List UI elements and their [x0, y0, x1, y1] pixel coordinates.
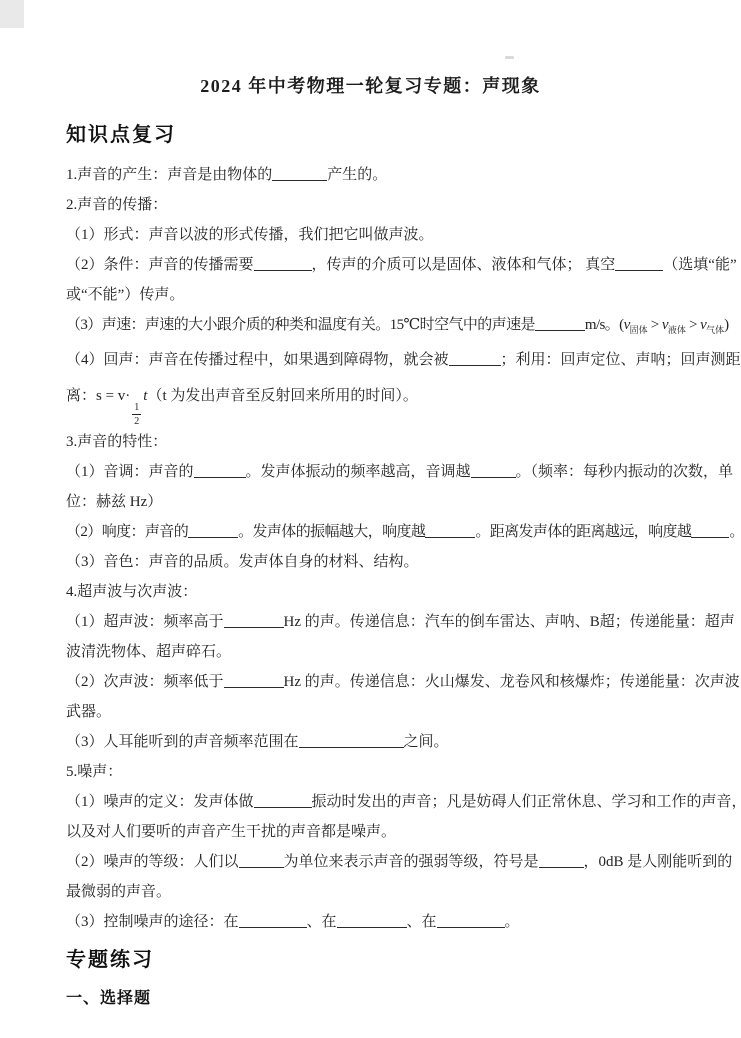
text-run: 之间。 — [404, 734, 449, 750]
text-run: Hz 的声。传递信息：火山爆发、龙卷风和核爆炸；传递能量：次声波 — [284, 674, 740, 690]
math-subscript: 固体 — [630, 325, 648, 335]
doc-line: （4）回声：声音在传播过程中，如果遇到障碍物，就会被；利用：回声定位、声呐；回声… — [66, 345, 727, 375]
doc-line: 2.声音的传播： — [66, 190, 727, 220]
text-run: 。发声体的振幅越大，响度越 — [238, 524, 425, 540]
doc-line: （1）形式：声音以波的形式传播，我们把它叫做声波。 — [66, 220, 727, 250]
text-run: （2）响度：声音的 — [66, 524, 188, 540]
fill-in-blank — [254, 257, 312, 271]
doc-line: 1.声音的产生：声音是由物体的产生的。 — [66, 160, 727, 190]
text-run: 2.声音的传播： — [66, 197, 167, 213]
text-run: 1.声音的产生：声音是由物体的 — [66, 167, 272, 183]
text-run: （3）控制噪声的途径：在 — [66, 914, 239, 930]
text-run: 。距离发声体的距离越远，响度越 — [475, 524, 691, 540]
text-run: ，传声的介质可以是固体、液体和气体； 真空 — [312, 257, 616, 273]
doc-line: 以及对人们要听的声音产生干扰的声音都是噪声。 — [66, 817, 727, 847]
math-subscript: 气体 — [706, 325, 724, 335]
text-run: > — [686, 317, 700, 333]
doc-line: （2）响度：声音的。发声体的振幅越大，响度越。距离发声体的距离越远，响度越。 — [66, 517, 727, 547]
doc-line: 最微弱的声音。 — [66, 877, 727, 907]
text-run: 。 — [729, 524, 741, 540]
math-subscript: 液体 — [668, 325, 686, 335]
scan-edge-corner — [0, 0, 24, 28]
fill-in-blank — [254, 794, 312, 808]
fill-in-blank — [299, 734, 404, 748]
text-run: Hz 的声。传递信息：汽车的倒车雷达、声呐、B超；传递能量：超声 — [284, 614, 735, 630]
doc-line: （1）噪声的定义：发声体做振动时发出的声音；凡是妨碍人们正常休息、学习和工作的声… — [66, 787, 727, 817]
text-run: 或“不能”）传声。 — [66, 287, 184, 303]
text-run: 3.声音的特性： — [66, 434, 167, 450]
doc-line: 3.声音的特性： — [66, 427, 727, 457]
fraction-denominator: 2 — [134, 415, 139, 427]
doc-line: （3）人耳能听到的声音频率范围在之间。 — [66, 727, 727, 757]
text-run: ；利用：回声定位、声呐；回声测距 — [501, 352, 741, 368]
text-run: 武器。 — [66, 704, 111, 720]
fill-in-blank — [691, 524, 729, 538]
page-title: 2024 年中考物理一轮复习专题：声现象 — [0, 72, 741, 98]
fill-in-blank — [437, 914, 505, 928]
fill-in-blank — [425, 524, 475, 538]
scan-artifact-dot — [505, 56, 514, 59]
text-run: （4）回声：声音在传播过程中，如果遇到障碍物，就会被 — [66, 352, 449, 368]
doc-line: （3）音色：声音的品质。发声体自身的材料、结构。 — [66, 547, 727, 577]
fill-in-blank — [272, 167, 327, 181]
text-run: （3）人耳能听到的声音频率范围在 — [66, 734, 299, 750]
choice-questions-heading: 一、选择题 — [66, 985, 741, 1008]
text-run: （选填“能” — [663, 257, 736, 273]
document-page: 2024 年中考物理一轮复习专题：声现象 知识点复习 1.声音的产生：声音是由物… — [0, 0, 741, 1038]
text-run: 位：赫兹 Hz） — [66, 494, 162, 510]
fill-in-blank — [239, 854, 284, 868]
document-lines: 1.声音的产生：声音是由物体的产生的。2.声音的传播：（1）形式：声音以波的形式… — [66, 160, 727, 937]
text-run: 5.噪声： — [66, 764, 122, 780]
text-run: （3）音色：声音的品质。发声体自身的材料、结构。 — [66, 554, 419, 570]
text-run: 波清洗物体、超声碎石。 — [66, 644, 231, 660]
doc-line: （3）控制噪声的途径：在、在、在。 — [66, 907, 727, 937]
doc-line: （2）噪声的等级：人们以为单位来表示声音的强弱等级，符号是，0dB 是人刚能听到… — [66, 847, 727, 877]
fraction-one-half: 12 — [132, 402, 141, 427]
text-run: （1）噪声的定义：发声体做 — [66, 794, 254, 810]
text-run: 以及对人们要听的声音产生干扰的声音都是噪声。 — [66, 824, 396, 840]
fill-in-blank — [194, 464, 246, 478]
text-run: 。（频率：每秒内振动的次数，单 — [516, 464, 734, 480]
text-run: （2）次声波：频率低于 — [66, 674, 224, 690]
doc-line: 4.超声波与次声波： — [66, 577, 727, 607]
text-run: （2）条件：声音的传播需要 — [66, 257, 254, 273]
text-run: 最微弱的声音。 — [66, 884, 171, 900]
doc-line: （2）条件：声音的传播需要，传声的介质可以是固体、液体和气体； 真空（选填“能” — [66, 250, 727, 280]
doc-line: 武器。 — [66, 697, 727, 727]
doc-line: 位：赫兹 Hz） — [66, 487, 727, 517]
doc-line: 5.噪声： — [66, 757, 727, 787]
text-run: 离：s = v· — [66, 388, 130, 404]
fill-in-blank — [449, 352, 501, 366]
doc-line: 波清洗物体、超声碎石。 — [66, 637, 727, 667]
text-run: 。发声体振动的频率越高，音调越 — [246, 464, 471, 480]
text-run: （3）声速：声速的大小跟介质的种类和温度有关。15℃时空气中的声速是 — [66, 317, 535, 333]
practice-heading: 专题练习 — [66, 943, 741, 972]
text-run: 为单位来表示声音的强弱等级，符号是 — [284, 854, 539, 870]
fraction-numerator: 1 — [132, 402, 141, 415]
text-run: 。 — [505, 914, 520, 930]
text-run: （1）音调：声音的 — [66, 464, 194, 480]
text-run: （2）噪声的等级：人们以 — [66, 854, 239, 870]
fill-in-blank — [337, 914, 407, 928]
fill-in-blank — [615, 257, 663, 271]
knowledge-review-heading: 知识点复习 — [66, 118, 741, 147]
text-run: ) — [724, 317, 728, 333]
text-run: > — [648, 317, 662, 333]
text-run: 4.超声波与次声波： — [66, 584, 197, 600]
doc-line: （1）音调：声音的。发声体振动的频率越高，音调越。（频率：每秒内振动的次数，单 — [66, 457, 727, 487]
doc-line: 或“不能”）传声。 — [66, 280, 727, 310]
fill-in-blank — [539, 854, 584, 868]
text-run: ，0dB 是人刚能听到的 — [584, 854, 733, 870]
fill-in-blank — [224, 674, 284, 688]
doc-line: （3）声速：声速的大小跟介质的种类和温度有关。15℃时空气中的声速是m/s。(v… — [66, 310, 727, 345]
doc-line: 离：s = v·12t（t 为发出声音至反射回来所用的时间）。 — [66, 375, 727, 427]
text-run: 、在 — [307, 914, 337, 930]
fill-in-blank — [471, 464, 516, 478]
text-run: m/s。( — [585, 317, 624, 333]
fill-in-blank — [239, 914, 307, 928]
fill-in-blank — [224, 614, 284, 628]
text-run: 产生的。 — [327, 167, 387, 183]
doc-line: （1）超声波：频率高于Hz 的声。传递信息：汽车的倒车雷达、声呐、B超；传递能量… — [66, 607, 727, 637]
text-run: 、在 — [407, 914, 437, 930]
fill-in-blank — [535, 317, 585, 331]
doc-line: （2）次声波：频率低于Hz 的声。传递信息：火山爆发、龙卷风和核爆炸；传递能量：… — [66, 667, 727, 697]
text-run: （1）超声波：频率高于 — [66, 614, 224, 630]
fill-in-blank — [188, 524, 238, 538]
text-run: 振动时发出的声音；凡是妨碍人们正常休息、学习和工作的声音， — [312, 794, 741, 810]
text-run: （1）形式：声音以波的形式传播，我们把它叫做声波。 — [66, 227, 434, 243]
text-run: （t 为发出声音至反射回来所用的时间）。 — [147, 388, 417, 404]
